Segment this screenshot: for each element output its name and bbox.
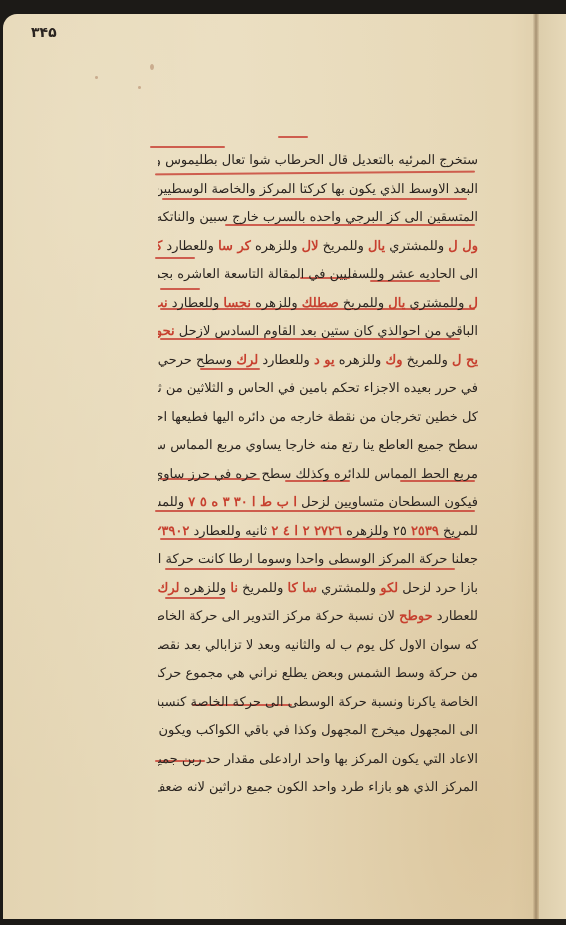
text-span: وللمريخ bbox=[323, 239, 364, 254]
red-numeral: ٣ ه ٥ ٧ bbox=[188, 495, 229, 510]
red-numeral: يو د bbox=[314, 353, 335, 368]
text-span: الى الحاديه عشر وللسفليين في المقالة الت… bbox=[158, 267, 478, 282]
red-numeral: يح ل bbox=[452, 353, 478, 368]
text-line-13: فيكون السطحان متساويين لزحل ا ب ط ا ٣٠ ٣… bbox=[158, 490, 478, 519]
text-line-21: الى المجهول ميخرج المجهول وكذا في باقي ا… bbox=[158, 718, 478, 747]
text-line-18: كه سوان الاول كل يوم ب له والثانيه وبعد … bbox=[158, 633, 478, 662]
red-numeral: صطلك bbox=[302, 296, 339, 311]
red-numeral: كب ل bbox=[158, 239, 162, 254]
text-line-5: الى الحاديه عشر وللسفليين في المقالة الت… bbox=[158, 262, 478, 291]
ink-stain bbox=[95, 76, 98, 79]
red-numeral: لال bbox=[302, 239, 319, 254]
red-numeral: ٣٠ bbox=[234, 495, 248, 510]
text-line-7: الباقي من احوالذي كان ستين بعد القاوم ال… bbox=[158, 319, 478, 348]
red-numeral: لرك bbox=[236, 353, 258, 368]
text-span: وللعطارد bbox=[262, 353, 310, 368]
red-numeral: نجسا bbox=[223, 296, 251, 311]
text-line-6: ل وللمشتري يال وللمريخ صطلك وللزهره نجسا… bbox=[158, 291, 478, 320]
text-span: الباقي من احوالذي كان ستين بعد القاوم ال… bbox=[179, 324, 478, 339]
text-line-12: مربع الحط المماس للدائره وكذلك سطح حره ف… bbox=[158, 462, 478, 491]
red-numeral: حوطح bbox=[399, 609, 433, 624]
text-span: وسطح حرحي حاجي سطح bbox=[158, 353, 232, 368]
red-numeral: لرك bbox=[158, 581, 180, 596]
text-line-4: ول ل وللمشتري يال وللمريخ لال وللزهره كر… bbox=[158, 234, 478, 263]
text-span: وللزهره bbox=[184, 581, 227, 596]
text-span: وللمشتري bbox=[158, 495, 184, 510]
text-span: ٢٥ وللزهره bbox=[346, 524, 407, 539]
red-numeral: ا ب ط ا bbox=[252, 495, 297, 510]
red-numeral: ٢٣٩٠٢ bbox=[158, 524, 189, 539]
text-span: وللمريخ bbox=[407, 353, 448, 368]
red-numeral: يال bbox=[388, 296, 405, 311]
text-line-14: للمريخ ٢٥٣٩ ٢٥ وللزهره ٢٧٢٦ ٢ ا ٤ ٢ ثاني… bbox=[158, 519, 478, 548]
red-numeral: ٢٥٣٩ bbox=[411, 524, 439, 539]
text-line-20: الخاصة ياكرنا ونسبة حركة الوسطى الى حركة… bbox=[158, 690, 478, 719]
red-numeral: سا كا bbox=[288, 581, 318, 596]
text-span: ثانيه وللعطارد bbox=[194, 524, 268, 539]
text-span: لان نسبة حركة مركز التدوير الى حركة الخا… bbox=[158, 609, 395, 624]
text-span: للمريخ bbox=[443, 524, 478, 539]
facing-page-edge bbox=[539, 14, 566, 919]
ink-stain bbox=[138, 86, 141, 89]
red-numeral: ول ل bbox=[448, 239, 478, 254]
text-span: للعطارد bbox=[437, 609, 478, 624]
text-line-19: من حركة وسط الشمس وبعض يطلع نراني هي مجم… bbox=[158, 661, 478, 690]
text-span: وللمشتري bbox=[389, 239, 444, 254]
manuscript-text-block: ستخرج المرئيه بالتعديل قال الحرطاب شوا ت… bbox=[158, 148, 478, 804]
red-numeral: ل bbox=[469, 296, 478, 311]
red-numeral: ٢٧٢٦ ٢ ا ٤ ٢ bbox=[271, 524, 342, 539]
red-numeral: لكو bbox=[380, 581, 398, 596]
text-span: وللمشتري bbox=[321, 581, 376, 596]
ink-stain bbox=[150, 64, 154, 70]
text-line-9: في حرر بعيده الاجزاء تحكم بامين في الحاس… bbox=[158, 376, 478, 405]
text-span: وللمريخ bbox=[343, 296, 384, 311]
text-span: وللمشتري bbox=[409, 296, 464, 311]
text-line-17: للعطارد حوطح لان نسبة حركة مركز التدوير … bbox=[158, 604, 478, 633]
text-span: وللعطارد bbox=[166, 239, 214, 254]
folio-number: ۳۴۵ bbox=[31, 25, 57, 41]
text-span: وللعطارد bbox=[172, 296, 220, 311]
text-line-11: سطح جميع العاطع ينا رتع منه خارجا يساوي … bbox=[158, 433, 478, 462]
text-line-22: الاعاد التي يكون المركز بها واحد ارادعلى… bbox=[158, 747, 478, 776]
red-numeral: يال bbox=[368, 239, 385, 254]
text-line-1: ستخرج المرئيه بالتعديل قال الحرطاب شوا ت… bbox=[158, 148, 478, 177]
red-numeral: نحول bbox=[158, 324, 175, 339]
text-span: بازا حرد لزحل bbox=[402, 581, 478, 596]
red-numeral: كر سا bbox=[218, 239, 251, 254]
text-span: وللزهره bbox=[339, 353, 382, 368]
text-span: وللزهره bbox=[255, 239, 298, 254]
red-numeral: وك bbox=[385, 353, 402, 368]
text-span: وللزهره bbox=[255, 296, 298, 311]
red-numeral: نب كد bbox=[158, 296, 168, 311]
text-line-16: بازا حرد لزحل لكو وللمشتري سا كا وللمريخ… bbox=[158, 576, 478, 605]
text-line-23: المركز الذي هو بازاء طرد واحد الكون جميع… bbox=[158, 775, 478, 804]
red-rule bbox=[278, 136, 308, 138]
text-line-8: يح ل وللمريخ وك وللزهره يو د وللعطارد لر… bbox=[158, 348, 478, 377]
text-span: وللمريخ bbox=[242, 581, 283, 596]
red-numeral: نا bbox=[230, 581, 238, 596]
text-line-10: كل خطين تخرجان من نقطة خارجه من دائره ال… bbox=[158, 405, 478, 434]
text-line-2: البعد الاوسط الذي يكون بها كركتا المركز … bbox=[158, 177, 478, 206]
text-line-15: جعلنا حركة المركز الوسطى واحدا وسوما ارط… bbox=[158, 547, 478, 576]
text-line-3: المتسقين الى كز البرجي واحده بالسرب خارج… bbox=[158, 205, 478, 234]
text-span: فيكون السطحان متساويين لزحل bbox=[301, 495, 478, 510]
